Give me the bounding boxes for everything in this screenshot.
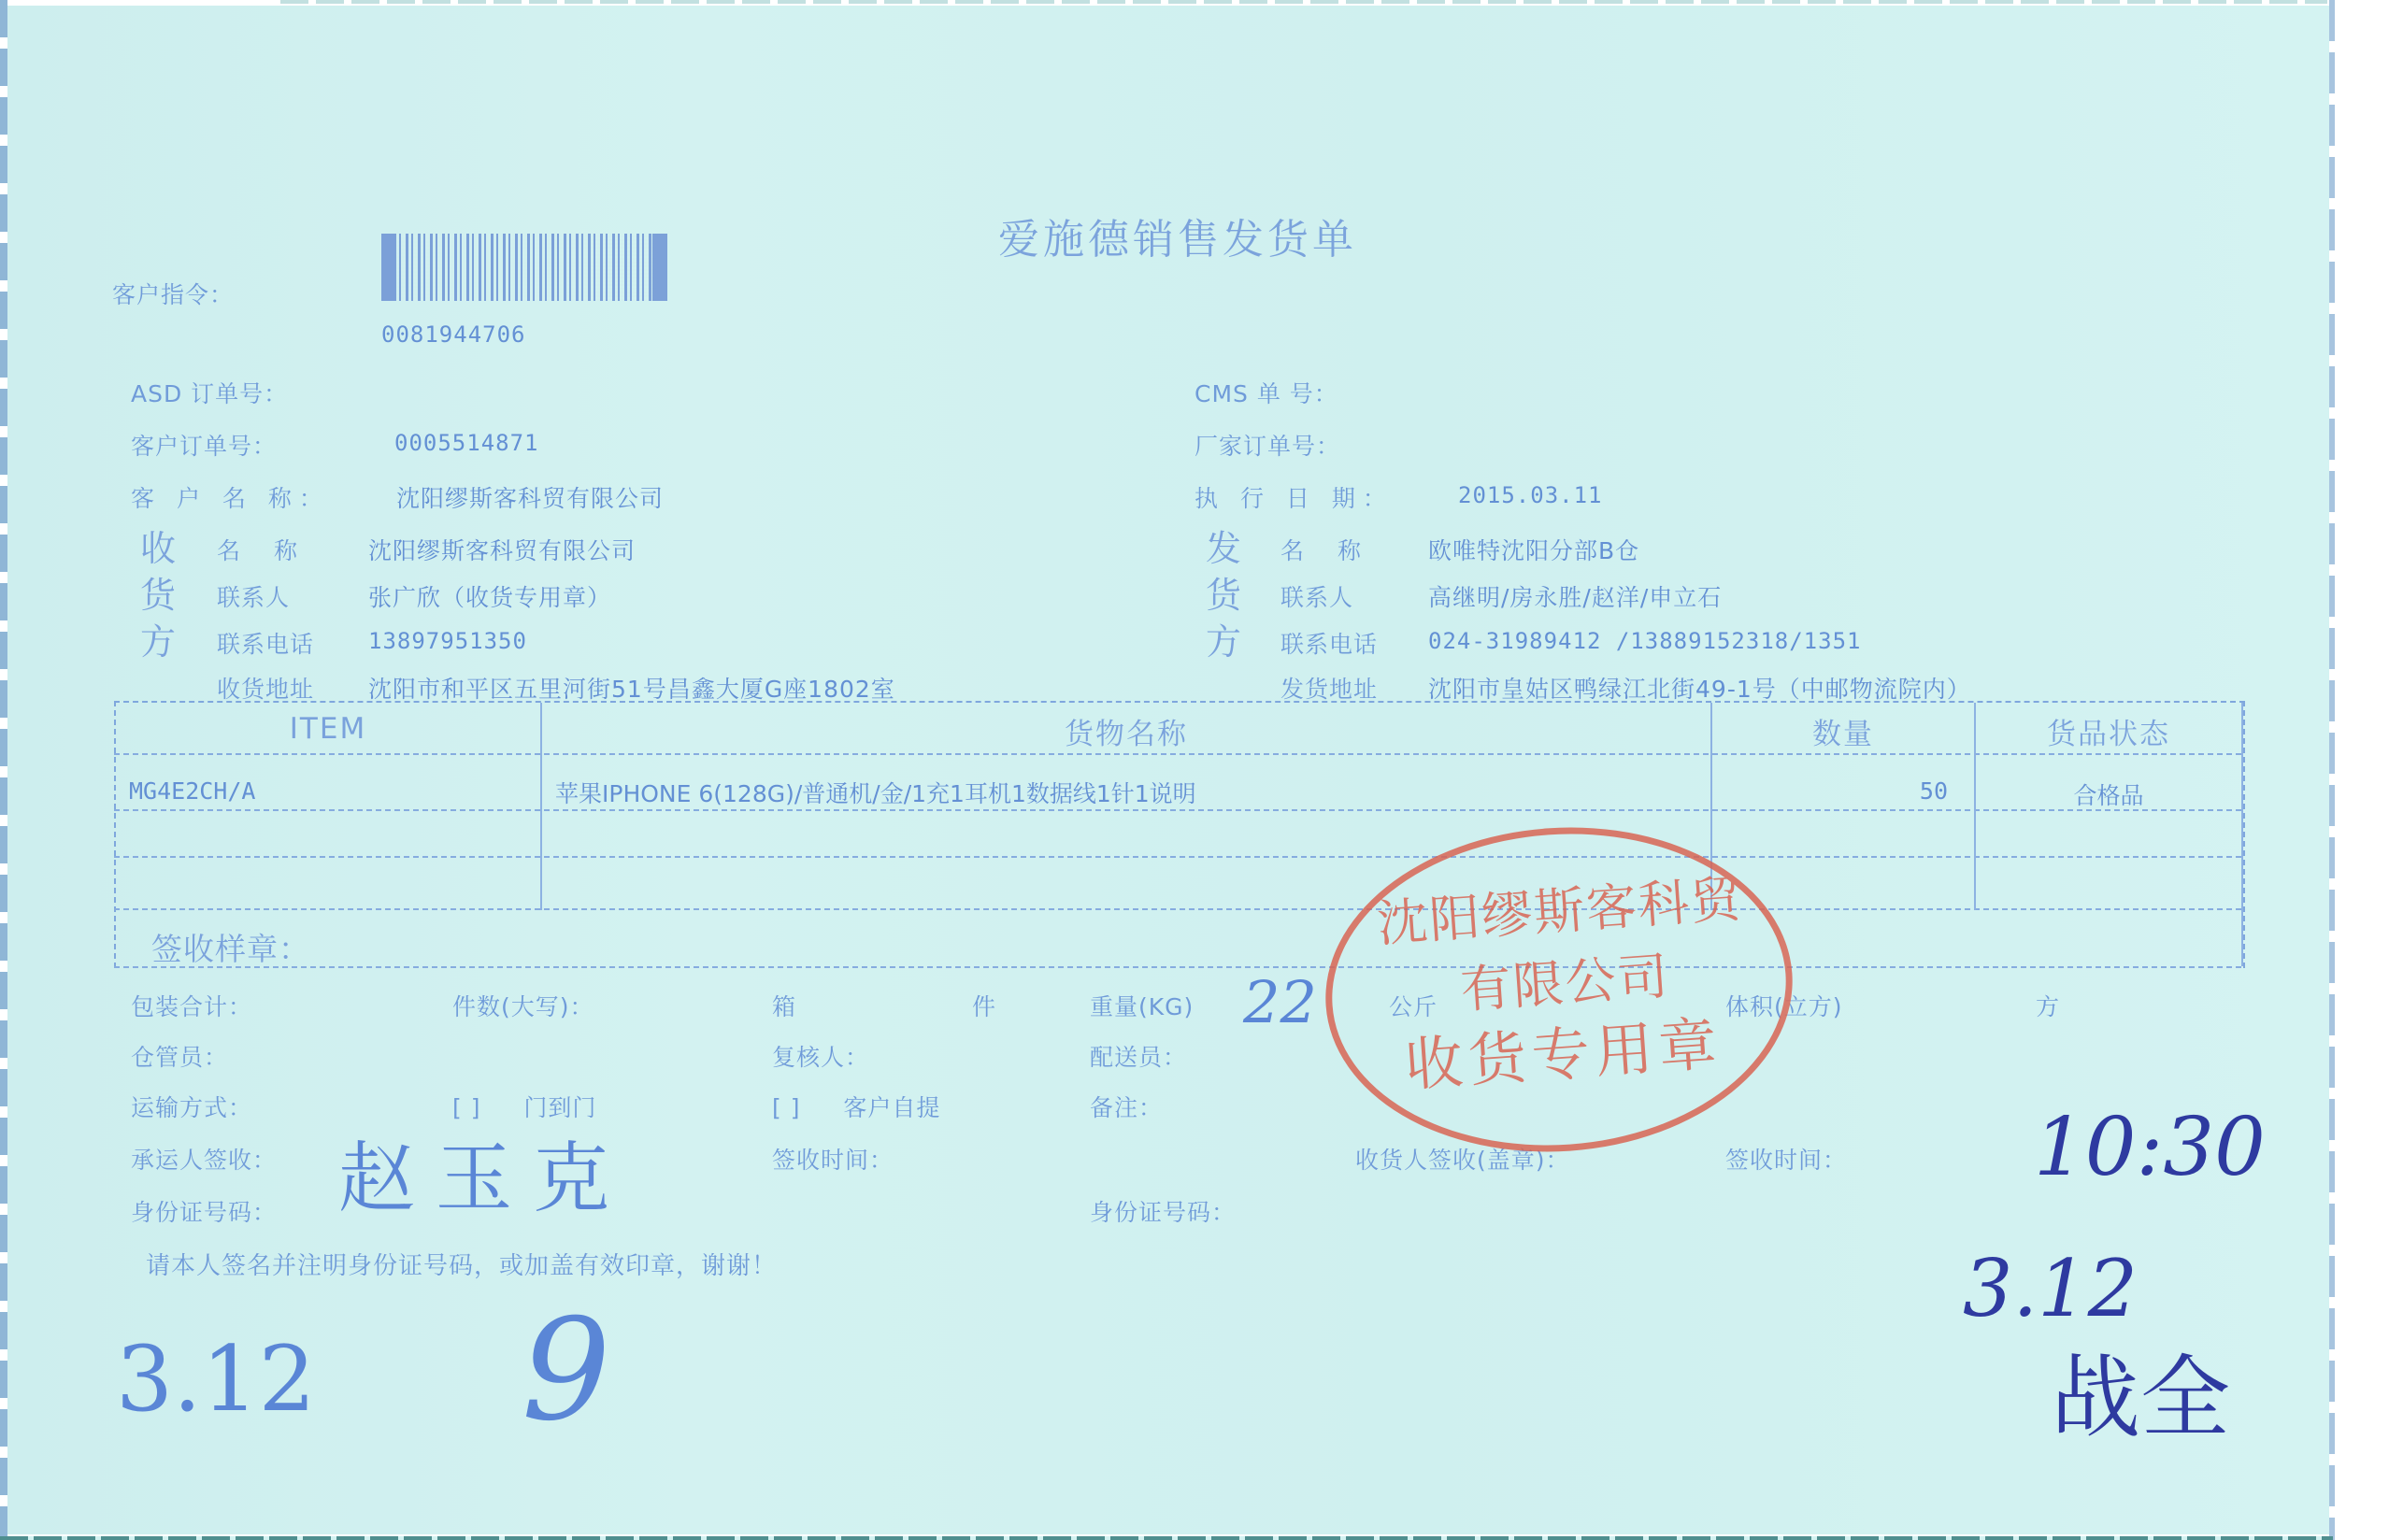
receiver-side-char-1: 收 xyxy=(140,520,177,571)
table-divider xyxy=(114,809,2241,811)
receiver-phone-label: 联系电话 xyxy=(217,626,314,660)
table-divider xyxy=(114,908,2241,910)
row-1-name: 苹果IPHONE 6(128G)/普通机/金/1充1耳机1数据线1针1说明 xyxy=(555,776,1196,809)
handwritten-date-left: 3.12 xyxy=(116,1327,316,1432)
right-perforation xyxy=(2329,0,2335,1540)
sender-side-char-3: 方 xyxy=(1206,613,1242,664)
sender-phone-label: 联系电话 xyxy=(1280,626,1378,660)
carrier-sign-label: 承运人签收： xyxy=(131,1142,277,1176)
handwritten-signature-right: 战全 xyxy=(2051,1327,2230,1455)
receiver-contact-label: 联系人 xyxy=(217,579,290,613)
exec-date-label: 执 行 日 期： xyxy=(1194,480,1394,514)
customer-name-label: 客 户 名 称： xyxy=(131,480,330,514)
sender-side-char-2: 货 xyxy=(1206,566,1242,618)
receiver-address-label: 收货地址 xyxy=(217,671,314,705)
sender-name-label: 名 称 xyxy=(1280,533,1374,566)
row-1-qty: 50 xyxy=(1712,777,1948,805)
id-number-label-right: 身份证号码： xyxy=(1090,1194,1236,1228)
receiver-side-char-3: 方 xyxy=(140,613,177,664)
sender-contact-value: 高继明/房永胜/赵洋/申立石 xyxy=(1428,579,1722,613)
exec-date-value: 2015.03.11 xyxy=(1458,482,1603,508)
customer-pickup-checkbox[interactable]: [ ] xyxy=(772,1094,800,1121)
receiver-address-value: 沈阳市和平区五里河街51号昌鑫大厦G座1802室 xyxy=(368,671,895,705)
receiver-phone-value: 13897951350 xyxy=(368,628,527,654)
table-divider xyxy=(114,753,2241,755)
document-title: 爱施德销售发货单 xyxy=(998,206,1357,265)
weight-handwritten-value: 22 xyxy=(1243,968,1317,1036)
cms-label: CMS 单 号： xyxy=(1194,376,1338,409)
volume-unit: 方 xyxy=(2036,989,2060,1022)
receiver-sign-time-label: 签收时间： xyxy=(1725,1142,1847,1176)
handwritten-mark-left: 9 xyxy=(522,1290,610,1452)
column-header-name: 货物名称 xyxy=(542,710,1710,752)
sign-sample-label: 签收样章： xyxy=(151,925,310,969)
sender-phone-value: 024-31989412 /13889152318/1351 xyxy=(1428,628,1861,654)
sender-contact-label: 联系人 xyxy=(1280,579,1353,613)
left-perforation xyxy=(0,0,7,1540)
row-1-status: 合格品 xyxy=(1976,777,2241,811)
receiver-contact-value: 张广欣（收货专用章） xyxy=(368,579,611,613)
package-total-label: 包装合计： xyxy=(131,989,252,1022)
sender-address-label: 发货地址 xyxy=(1280,671,1378,705)
table-divider xyxy=(114,966,2241,968)
column-header-item: ITEM xyxy=(116,712,540,746)
sender-name-value: 欧唯特沈阳分部B仓 xyxy=(1428,533,1639,566)
customer-instruction-value: 0081944706 xyxy=(381,321,526,348)
sender-side-char-1: 发 xyxy=(1206,520,1242,571)
receiver-name-value: 沈阳缪斯客科贸有限公司 xyxy=(368,533,636,566)
barcode xyxy=(381,234,667,301)
customer-name-value: 沈阳缪斯客科贸有限公司 xyxy=(396,480,664,514)
reviewer-label: 复核人： xyxy=(772,1039,869,1073)
sender-address-value: 沈阳市皇姑区鸭绿江北街49-1号（中邮物流院内） xyxy=(1428,671,1971,705)
customer-pickup-label: 客户自提 xyxy=(843,1094,940,1121)
column-header-qty: 数量 xyxy=(1712,710,1974,752)
column-divider xyxy=(2241,703,2243,966)
box-unit: 箱 xyxy=(772,989,796,1022)
customer-order-label: 客户订单号： xyxy=(131,428,277,462)
notice-text: 请本人签名并注明身份证号码，或加盖有效印章，谢谢！ xyxy=(146,1247,777,1281)
factory-order-label: 厂家订单号： xyxy=(1194,428,1340,462)
delivery-person-label: 配送员： xyxy=(1090,1039,1187,1073)
carrier-signature: 赵玉克 xyxy=(338,1118,630,1227)
warehouse-keeper-label: 仓管员： xyxy=(131,1039,228,1073)
handwritten-date-right: 3.12 xyxy=(1963,1243,2138,1334)
id-number-label-left: 身份证号码： xyxy=(131,1194,277,1228)
receiver-name-label: 名 称 xyxy=(217,533,310,566)
receiver-sign-time-handwritten: 10:30 xyxy=(2034,1101,2266,1194)
column-header-status: 货品状态 xyxy=(1976,710,2241,752)
table-divider xyxy=(114,856,2241,858)
top-perforation xyxy=(280,0,2327,4)
transport-option-pickup[interactable]: [ ] 客户自提 xyxy=(772,1090,940,1123)
customer-instruction-label: 客户指令： xyxy=(112,277,234,310)
weight-label: 重量(KG) xyxy=(1090,989,1194,1022)
bottom-perforation xyxy=(0,1536,2333,1540)
carrier-sign-time-label: 签收时间： xyxy=(772,1142,894,1176)
piece-unit: 件 xyxy=(972,989,996,1022)
row-1-item: MG4E2CH/A xyxy=(129,777,255,805)
pieces-label: 件数(大写)： xyxy=(452,989,594,1022)
customer-order-value: 0005514871 xyxy=(394,430,539,456)
transport-label: 运输方式： xyxy=(131,1090,252,1123)
asd-order-label: ASD 订单号： xyxy=(131,376,288,409)
remarks-label: 备注： xyxy=(1090,1090,1163,1123)
receiver-side-char-2: 货 xyxy=(140,566,177,618)
